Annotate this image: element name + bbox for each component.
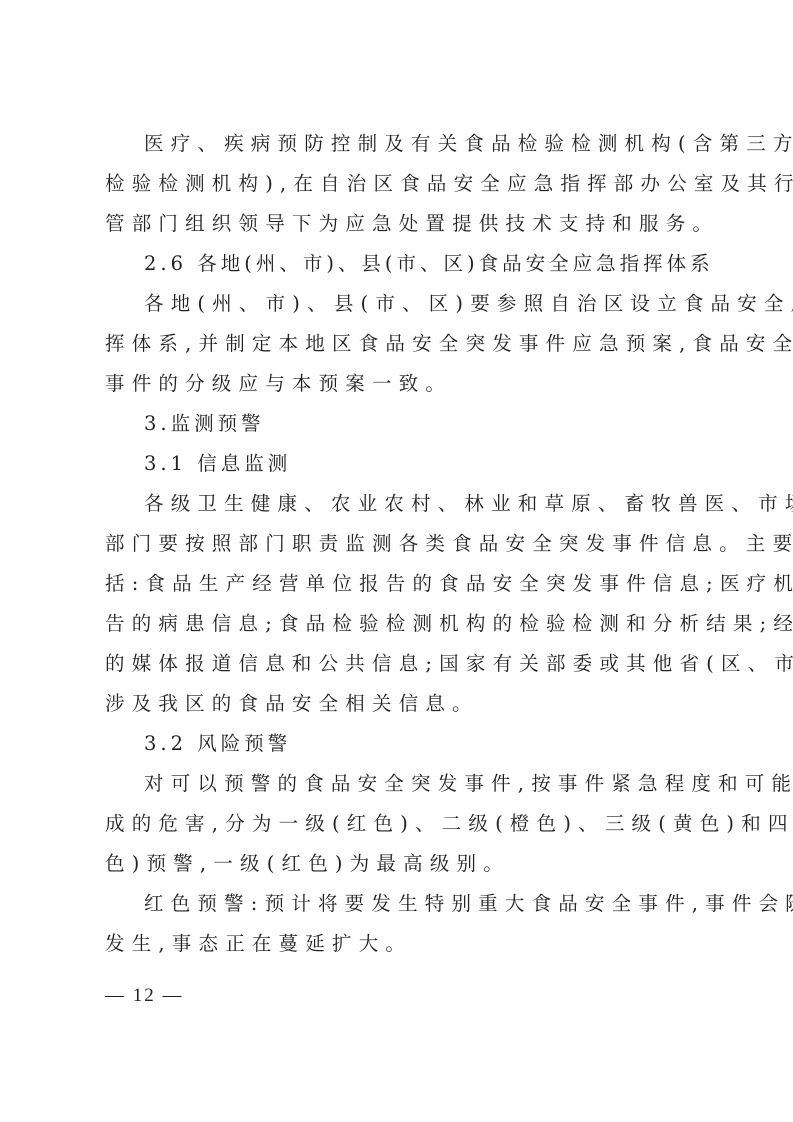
paragraph-line: 成的危害,分为一级(红色)、二级(橙色)、三级(黄色)和四级(蓝	[105, 804, 690, 844]
paragraph-line: 各地(州、市)、县(市、区)要参照自治区设立食品安全应急指	[105, 284, 690, 324]
paragraph-line: 对可以预警的食品安全突发事件,按事件紧急程度和可能造	[105, 764, 690, 804]
paragraph-line: 告的病患信息;食品检验检测机构的检验检测和分析结果;经核实	[105, 604, 690, 644]
paragraph-line: 的媒体报道信息和公共信息;国家有关部委或其他省(区、市)通报	[105, 644, 690, 684]
paragraph-line: 检验检测机构),在自治区食品安全应急指挥部办公室及其行政主	[105, 164, 690, 204]
paragraph-line: 事件的分级应与本预案一致。	[105, 364, 690, 404]
section-heading: 3.1 信息监测	[105, 444, 690, 484]
paragraph-line: 涉及我区的食品安全相关信息。	[105, 684, 690, 724]
paragraph-line: 红色预警:预计将要发生特别重大食品安全事件,事件会随时	[105, 884, 690, 924]
paragraph-line: 挥体系,并制定本地区食品安全突发事件应急预案,食品安全突发	[105, 324, 690, 364]
page-number: — 12 —	[105, 985, 184, 1007]
document-page: 医疗、疾病预防控制及有关食品检验检测机构(含第三方食品 检验检测机构),在自治区…	[105, 124, 690, 964]
paragraph-line: 医疗、疾病预防控制及有关食品检验检测机构(含第三方食品	[105, 124, 690, 164]
paragraph-line: 各级卫生健康、农业农村、林业和草原、畜牧兽医、市场监管等	[105, 484, 690, 524]
paragraph-line: 部门要按照部门职责监测各类食品安全突发事件信息。主要包	[105, 524, 690, 564]
section-heading: 3.监测预警	[105, 404, 690, 444]
paragraph-line: 管部门组织领导下为应急处置提供技术支持和服务。	[105, 204, 690, 244]
section-heading: 2.6 各地(州、市)、县(市、区)食品安全应急指挥体系	[105, 244, 690, 284]
paragraph-line: 发生,事态正在蔓延扩大。	[105, 924, 690, 964]
paragraph-line: 色)预警,一级(红色)为最高级别。	[105, 844, 690, 884]
paragraph-line: 括:食品生产经营单位报告的食品安全突发事件信息;医疗机构报	[105, 564, 690, 604]
section-heading: 3.2 风险预警	[105, 724, 690, 764]
